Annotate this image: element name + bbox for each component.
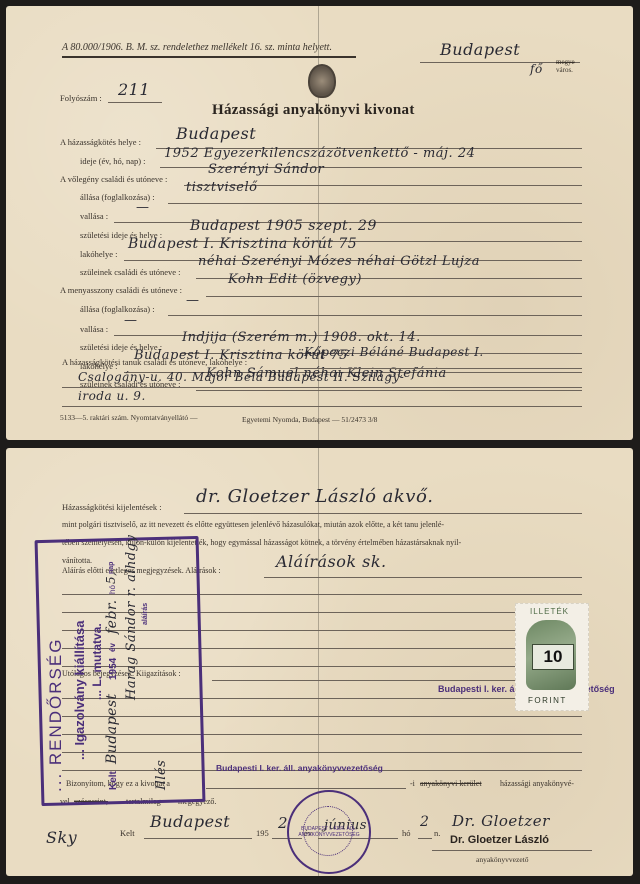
- certify-office-stamp: Budapesti I. ker. áll. anyakönyvvezetősé…: [216, 763, 383, 773]
- registrar-name: Dr. Gloetzer László: [450, 834, 549, 846]
- day-label: n.: [434, 828, 440, 838]
- police-stamp-month: febr.: [104, 599, 120, 634]
- field-value-groom-birth: Budapest 1905 szept. 29: [190, 218, 377, 234]
- signatures-line: [264, 577, 582, 578]
- revenue-stamp: ILLETÉK 10 FORINT: [515, 603, 589, 711]
- field-value-marriage-date: 1952 Egyezerkilencszázötvenkettő - máj. …: [164, 146, 475, 161]
- day-value: 2: [420, 814, 429, 830]
- field-label-marriage-date: ideje (év, hó, nap) :: [80, 156, 146, 166]
- month-label: hó: [402, 828, 411, 838]
- field-label-bride-name: A menyasszony családi és utóneve :: [60, 285, 182, 295]
- footer-stock-number: 5133—5. raktári szám. Nyomtatványellátó …: [60, 413, 197, 422]
- year-prefix: 195: [256, 828, 269, 838]
- witness-line-1: [290, 368, 582, 369]
- field-label-bride-occupation: állása (foglalkozása) :: [80, 304, 155, 314]
- decree-header: A 80.000/1906. B. M. sz. rendelethez mel…: [62, 42, 332, 53]
- signatures-value: Aláírások sk.: [276, 552, 387, 571]
- field-label-marriage-place: A házasságkötés helye :: [60, 137, 141, 147]
- field-value-marriage-place: Budapest: [176, 124, 256, 143]
- serial-value: 211: [118, 80, 150, 99]
- registrar-line: [432, 850, 592, 851]
- official-round-seal: BUDAPEST I. KER. ÁLL. ANYAKÖNYVVEZETŐSÉG: [287, 790, 371, 874]
- field-label-bride-religion: vallása :: [80, 324, 108, 334]
- kelt-place-line: [144, 838, 252, 839]
- county-label-struck: megye: [556, 58, 575, 66]
- city-handwritten: Budapest: [440, 40, 520, 59]
- day-line: [418, 838, 432, 839]
- serial-label: Folyószám :: [60, 93, 102, 103]
- field-value-bride-name: Kohn Edit (özvegy): [228, 272, 362, 287]
- registrar-signature: Dr. Gloetzer: [452, 812, 550, 830]
- field-label-groom-parents: szüleinek családi és utóneve :: [80, 267, 181, 277]
- field-value-groom-occupation: tisztviselő: [186, 180, 257, 195]
- police-stamp-place: Budapest: [104, 693, 120, 764]
- kelt-place: Budapest: [150, 812, 230, 831]
- witness-line-2: [62, 387, 582, 388]
- field-value-bride-birth: Indjija (Szerém m.) 1908. okt. 14.: [182, 330, 421, 345]
- witness-line-3: [62, 406, 582, 407]
- header-underline: [62, 56, 356, 58]
- certify-line: [206, 788, 406, 789]
- certify-text-b: -i: [410, 779, 415, 788]
- witness-value-2: Csalogány-u. 40. Major Béla Budapest II.…: [78, 370, 404, 384]
- police-stamp-day-label: nap: [108, 562, 115, 574]
- field-value-groom-name: Szerényi Sándor: [208, 162, 324, 177]
- declarations-value: dr. Gloetzer László akvő.: [196, 486, 434, 507]
- declarations-line: [184, 513, 582, 514]
- police-stamp-line-1: ... Igazolvány kiállítása: [72, 621, 87, 760]
- certificate-title: Házassági anyakönyvi kivonat: [212, 102, 415, 119]
- field-label-witnesses: A házasságkötési tanuk családi és utónev…: [62, 357, 247, 367]
- certify-struck: anyakönyvi kerület: [420, 779, 482, 788]
- revenue-stamp-bottom-text: FORINT: [528, 696, 567, 705]
- police-stamp-year: 1954: [108, 658, 119, 680]
- serial-line: [108, 102, 162, 103]
- field-value-bride-occupation: —: [186, 293, 200, 308]
- kelt-label: Kelt: [120, 828, 135, 838]
- field-value-groom-religion: —: [136, 200, 150, 215]
- field-line: [196, 390, 582, 391]
- witness-value-3: iroda u. 9.: [78, 389, 146, 403]
- revenue-stamp-value: 10: [532, 644, 574, 670]
- registrar-title: anyakönyvvezető: [476, 855, 528, 864]
- city-mark: fő: [530, 62, 543, 76]
- footer-printer: Egyetemi Nyomda, Budapest — 51/2473 3/8: [242, 415, 377, 424]
- police-stamp-header: ... RENDŐRSÉG: [46, 638, 66, 792]
- field-label-groom-religion: vallása :: [80, 211, 108, 221]
- field-label-groom-name: A vőlegény családi és utóneve :: [60, 174, 167, 184]
- certify-text-c: házassági anyakönyvé-: [500, 779, 574, 788]
- seal-text: BUDAPEST I. KER. ÁLL. ANYAKÖNYVVEZETŐSÉG: [295, 826, 363, 838]
- field-line: [206, 296, 582, 297]
- initials-signature: Sky: [46, 828, 77, 847]
- paragraph-line-1: mint polgári tisztviselő, az itt nevezet…: [62, 520, 444, 529]
- field-label-groom-residence: lakóhelye :: [80, 249, 118, 259]
- field-value-groom-parents: néhai Szerényi Mózes néhai Götzl Lujza: [198, 254, 480, 269]
- field-value-bride-religion: —: [124, 313, 138, 328]
- police-stamp-line-2: ... L. mutatva.: [90, 623, 104, 700]
- city-label: város.: [556, 66, 573, 74]
- police-stamp-year-label: év: [108, 643, 117, 652]
- coat-of-arms-icon: [308, 64, 336, 98]
- field-line: [168, 203, 582, 204]
- police-stamp-extra-signature: Illés: [154, 760, 169, 790]
- police-stamp-signature-label: aláírás: [142, 603, 149, 625]
- field-line: [168, 315, 582, 316]
- revenue-stamp-top-text: ILLETÉK: [530, 607, 569, 616]
- field-value-groom-residence: Budapest I. Krisztina körút 75: [128, 236, 357, 252]
- police-stamp-kelt: Kelt: [108, 771, 119, 790]
- declarations-label: Házasságkötési kijelentések :: [62, 502, 162, 512]
- police-stamp-signature: Harag Sándor r. alhdgy: [124, 535, 139, 700]
- witness-value-1: Kőpeczi Béláné Budapest I.: [304, 345, 484, 359]
- police-stamp-month-label: hó: [108, 585, 117, 594]
